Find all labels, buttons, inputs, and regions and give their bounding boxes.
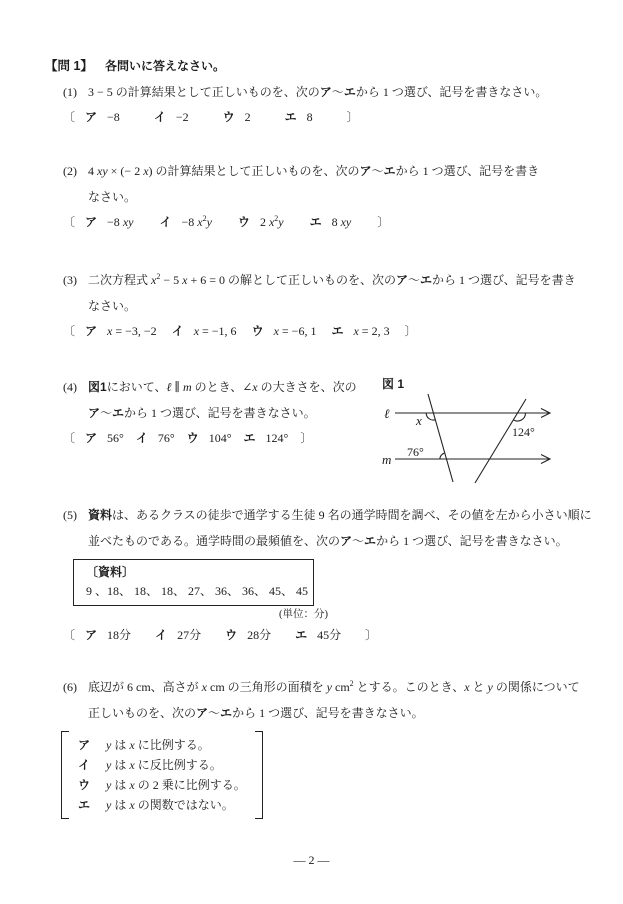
question-4: (4) 図1において、ℓ ∥ m のとき、∠x の大きさを、次の ア〜エから 1… — [45, 379, 605, 447]
choice: アy は x に比例する。 — [78, 735, 246, 755]
choice-value: x = −6, 1 — [274, 324, 317, 338]
question-4-text: 図1において、ℓ ∥ m のとき、∠x の大きさを、次の — [88, 379, 380, 396]
choice-value: −8 x2y — [181, 215, 211, 229]
question-2-text: 4 xy × (− 2 x) の計算結果として正しいものを、次のア〜エから 1 … — [88, 163, 605, 180]
choice-value: 8 xy — [332, 215, 352, 229]
choice-label: イ — [136, 431, 148, 445]
bracket-close: 〕 — [347, 109, 359, 126]
choice: イ−8 x2y — [159, 214, 211, 231]
choice-value: y は x に比例する。 — [106, 738, 210, 752]
choice: ア−8 — [85, 109, 120, 126]
choice-value: 45分 — [317, 628, 341, 642]
data-box-title: 〔資料〕 — [86, 563, 313, 582]
choice-value: 124° — [266, 431, 289, 445]
question-1-text: 3 − 5 の計算結果として正しいものを、次のア〜エから 1 つ選び、記号を書き… — [88, 84, 605, 101]
choice-value: −8 — [107, 110, 120, 124]
choice-value: 56° — [107, 431, 124, 445]
question-5-line: (5) 資料は、あるクラスの徒歩で通学する生徒 9 名の通学時間を調べ、その値を… — [45, 507, 605, 524]
choice-label: ウ — [78, 778, 90, 792]
choice-label: ウ — [225, 628, 237, 642]
choice-label: ア — [85, 215, 97, 229]
choice: イy は x に反比例する。 — [78, 755, 246, 775]
choice: ウy は x の 2 乗に比例する。 — [78, 775, 246, 795]
question-4-choices: 〔 ア56° イ76° ウ104° エ124° 〕 — [63, 430, 380, 447]
choice-label: ア — [85, 431, 97, 445]
choice-value: x = 2, 3 — [353, 324, 389, 338]
question-6-text-cont: 正しいものを、次のア〜エから 1 つ選び、記号を書きなさい。 — [88, 705, 605, 722]
question-1-number: (1) — [63, 84, 88, 101]
choice-label: エ — [244, 431, 256, 445]
choice: イ−2 — [154, 109, 189, 126]
question-2-choices: 〔 ア−8 xy イ−8 x2y ウ2 x2y エ8 xy 〕 — [63, 214, 605, 231]
question-1-choices: 〔 ア−8 イ−2 ウ2 エ8 〕 — [63, 109, 605, 126]
unit-label: (単位：分) — [73, 609, 328, 621]
question-3: (3) 二次方程式 x2 − 5 x + 6 = 0 の解として正しいものを、次… — [45, 272, 605, 340]
question-5-text: 資料は、あるクラスの徒歩で通学する生徒 9 名の通学時間を調べ、その値を左から小… — [88, 507, 605, 524]
bracket-open: 〔 — [63, 109, 75, 126]
choice-label: ウ — [252, 324, 264, 338]
choice-label: ウ — [238, 215, 250, 229]
choice-label: ウ — [187, 431, 199, 445]
choice: ウ28分 — [225, 627, 271, 644]
page-number-footer: ― 2 ― — [0, 852, 623, 869]
choice: イ76° — [136, 430, 175, 447]
choice-label: ウ — [223, 110, 235, 124]
choice-label: イ — [154, 110, 166, 124]
choice-value: 18分 — [107, 628, 131, 642]
choice: イx = −1, 6 — [172, 323, 237, 340]
choice: エ124° — [244, 430, 289, 447]
choice-value: −8 xy — [107, 215, 133, 229]
choice: ア−8 xy — [85, 214, 133, 231]
choice-value: y は x の 2 乗に比例する。 — [106, 778, 246, 792]
choice-value: 2 — [245, 110, 251, 124]
choice-value: −2 — [176, 110, 189, 124]
label-line-m: m — [382, 452, 391, 467]
choice-label: ア — [85, 110, 97, 124]
question-2-number: (2) — [63, 163, 88, 180]
source-data-box: 〔資料〕 9 、18、 18、 18、 27、 36、 36、 45、 45 — [73, 559, 314, 606]
figure-svg: ℓ m x 76° 124° — [378, 380, 605, 488]
choice: エ8 xy — [310, 214, 352, 231]
choice: ウ2 x2y — [238, 214, 284, 231]
transversal-left — [428, 394, 453, 482]
bracket-open: 〔 — [63, 627, 75, 644]
data-box-values: 9 、18、 18、 18、 27、 36、 36、 45、 45 — [86, 582, 313, 601]
question-6-choices: アy は x に比例する。 イy は x に反比例する。 ウy は x の 2 … — [61, 731, 263, 819]
choice-value: 2 x2y — [260, 215, 284, 229]
bracket-open: 〔 — [63, 214, 75, 231]
bracket-close: 〕 — [405, 323, 417, 340]
choice-label: エ — [331, 324, 343, 338]
bracket-open: 〔 — [63, 430, 75, 447]
exam-page: 【問 1】 各問いに答えなさい。 (1) 3 − 5 の計算結果として正しいもの… — [0, 0, 623, 904]
problem-header: 【問 1】 各問いに答えなさい。 — [45, 58, 605, 75]
choice: ウx = −6, 1 — [252, 323, 317, 340]
question-1: (1) 3 − 5 の計算結果として正しいものを、次のア〜エから 1 つ選び、記… — [45, 84, 605, 126]
transversal-right — [475, 399, 526, 483]
choice-label: エ — [310, 215, 322, 229]
problem-label: 【問 1】 — [45, 58, 93, 75]
question-5-number: (5) — [63, 507, 88, 524]
question-5-choices: 〔 ア18分 イ27分 ウ28分 エ45分 〕 — [63, 627, 605, 644]
choice-label: イ — [155, 628, 167, 642]
figure-1: 図 1 ℓ m x 76° 124° — [378, 377, 605, 489]
choice-label: イ — [78, 758, 90, 772]
choice-value: y は x の関数ではない。 — [106, 798, 234, 812]
question-4-line: (4) 図1において、ℓ ∥ m のとき、∠x の大きさを、次の — [45, 379, 380, 396]
problem-instruction: 各問いに答えなさい。 — [105, 58, 225, 75]
question-3-number: (3) — [63, 272, 88, 289]
choice-value: 76° — [158, 431, 175, 445]
question-6-number: (6) — [63, 679, 88, 696]
choice-value: x = −1, 6 — [194, 324, 237, 338]
choice-value: y は x に反比例する。 — [106, 758, 222, 772]
question-1-line: (1) 3 − 5 の計算結果として正しいものを、次のア〜エから 1 つ選び、記… — [45, 84, 605, 101]
question-5: (5) 資料は、あるクラスの徒歩で通学する生徒 9 名の通学時間を調べ、その値を… — [45, 507, 605, 644]
question-2-text-cont: なさい。 — [88, 189, 605, 206]
question-4-body: (4) 図1において、ℓ ∥ m のとき、∠x の大きさを、次の ア〜エから 1… — [45, 379, 380, 447]
choice-label: エ — [78, 798, 90, 812]
choice-label: イ — [172, 324, 184, 338]
choice: エ8 — [285, 109, 313, 126]
question-3-choices: 〔 アx = −3, −2 イx = −1, 6 ウx = −6, 1 エx =… — [63, 323, 605, 340]
bracket-close: 〕 — [365, 627, 377, 644]
question-4-number: (4) — [63, 379, 88, 396]
choice-value: 8 — [307, 110, 313, 124]
choice-value: 27分 — [177, 628, 201, 642]
label-angle-x: x — [415, 413, 422, 428]
choice-value: x = −3, −2 — [107, 324, 157, 338]
choice: エx = 2, 3 — [331, 323, 389, 340]
bracket-close: 〕 — [300, 430, 312, 447]
bracket-open: 〔 — [63, 323, 75, 340]
bracket-close: 〕 — [377, 214, 389, 231]
choice: アx = −3, −2 — [85, 323, 157, 340]
choice-label: ア — [78, 738, 90, 752]
choice: ア18分 — [85, 627, 131, 644]
angle-arc-76 — [440, 453, 444, 459]
question-6: (6) 底辺が 6 cm、高さが x cm の三角形の面積を y cm2 とする… — [45, 679, 605, 819]
question-3-line: (3) 二次方程式 x2 − 5 x + 6 = 0 の解として正しいものを、次… — [45, 272, 605, 289]
choice-label: エ — [285, 110, 297, 124]
label-angle-124: 124° — [512, 425, 535, 439]
choice-value: 28分 — [247, 628, 271, 642]
choice: ウ2 — [223, 109, 251, 126]
choice: エ45分 — [295, 627, 341, 644]
choice: エy は x の関数ではない。 — [78, 795, 246, 815]
label-angle-76: 76° — [407, 445, 424, 459]
question-2-line: (2) 4 xy × (− 2 x) の計算結果として正しいものを、次のア〜エか… — [45, 163, 605, 180]
choice-label: イ — [159, 215, 171, 229]
label-line-l: ℓ — [384, 406, 390, 421]
choice-value: 104° — [209, 431, 232, 445]
question-5-text-cont: 並べたものである。通学時間の最頻値を、次のア〜エから 1 つ選び、記号を書きなさ… — [88, 533, 605, 550]
question-2: (2) 4 xy × (− 2 x) の計算結果として正しいものを、次のア〜エか… — [45, 163, 605, 231]
choice: イ27分 — [155, 627, 201, 644]
choice-label: エ — [295, 628, 307, 642]
question-3-text-cont: なさい。 — [88, 298, 605, 315]
question-3-text: 二次方程式 x2 − 5 x + 6 = 0 の解として正しいものを、次のア〜エ… — [88, 272, 605, 289]
choice: ア56° — [85, 430, 124, 447]
choice-label: ア — [85, 324, 97, 338]
question-6-text: 底辺が 6 cm、高さが x cm の三角形の面積を y cm2 とする。このと… — [88, 679, 605, 696]
question-6-line: (6) 底辺が 6 cm、高さが x cm の三角形の面積を y cm2 とする… — [45, 679, 605, 696]
question-4-text-cont: ア〜エから 1 つ選び、記号を書きなさい。 — [88, 405, 380, 422]
choice-label: ア — [85, 628, 97, 642]
choice: ウ104° — [187, 430, 232, 447]
